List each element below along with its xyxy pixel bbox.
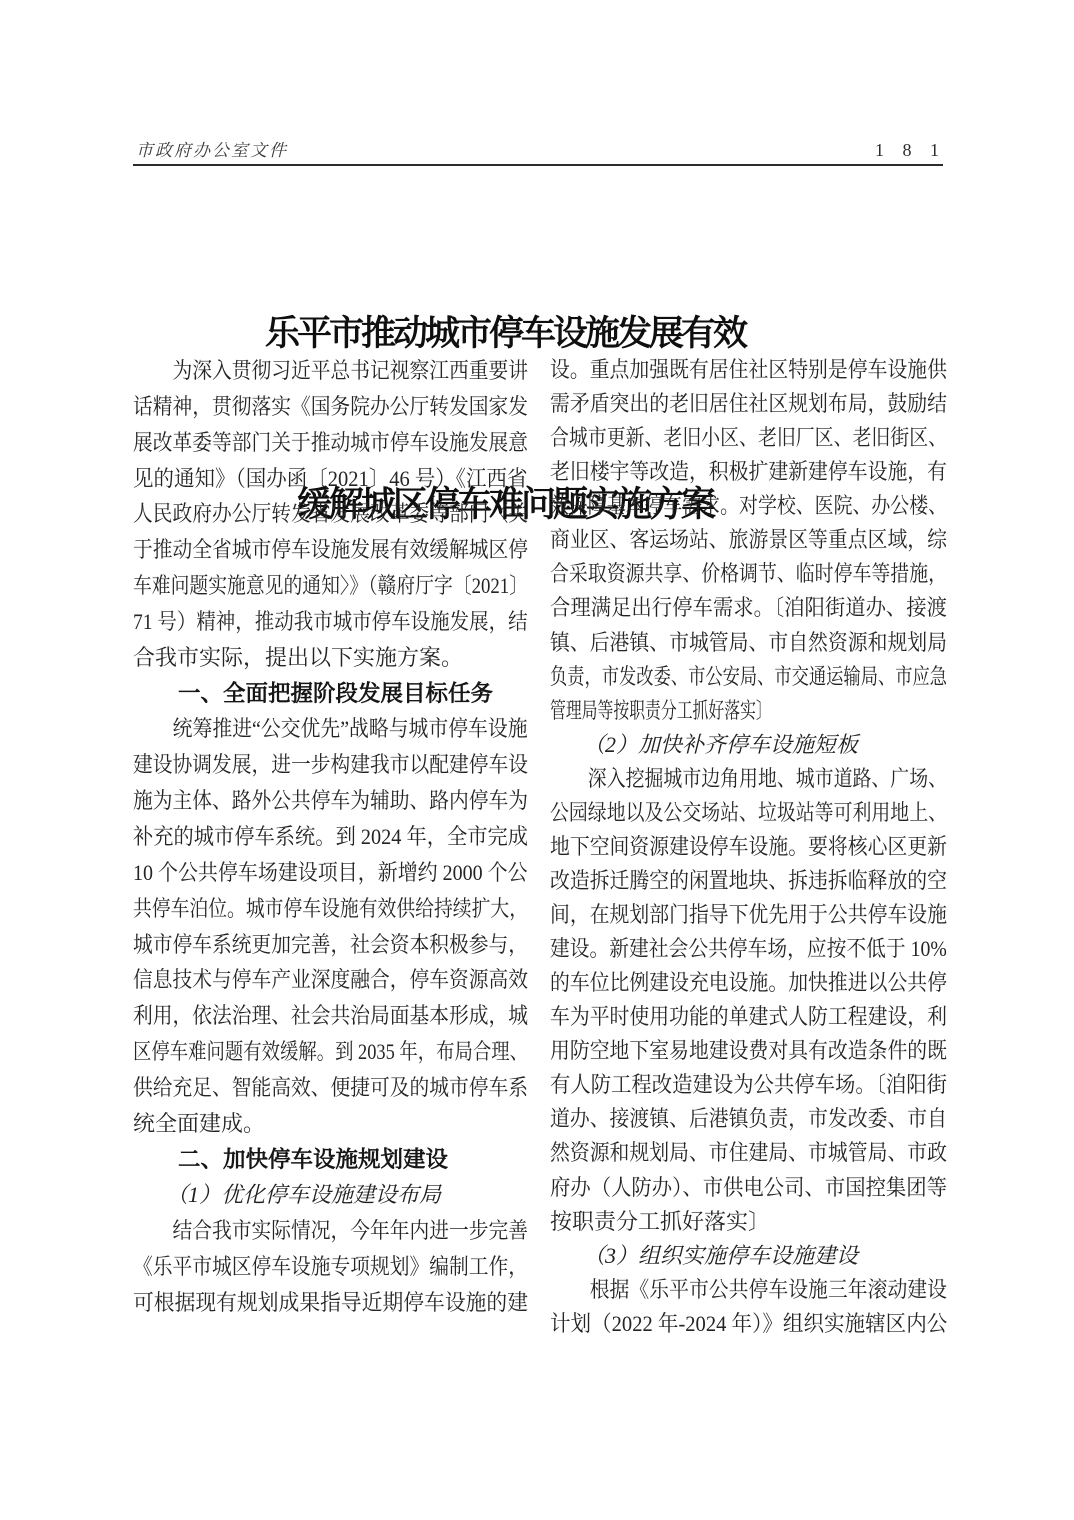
text-line-content: 补充的城市停车系统。到 2024 年，全市完成 bbox=[133, 819, 528, 855]
text-line-content: 信息技术与停车产业深度融合，停车资源高效 bbox=[133, 962, 528, 998]
text-line: 《乐平市城区停车设施专项规划》编制工作， bbox=[133, 1249, 528, 1285]
text-line-content: 负责，市发改委、市公安局、市交通运输局、市应急 bbox=[550, 660, 947, 694]
text-line: 道办、接渡镇、后港镇负责，市发改委、市自 bbox=[550, 1102, 947, 1136]
text-line-content: 设。重点加强既有居住社区特别是停车设施供 bbox=[550, 353, 947, 387]
text-line-content: 合城市更新、老旧小区、老旧厂区、老旧街区、 bbox=[550, 421, 947, 455]
text-line: 话精神，贯彻落实《国务院办公厅转发国家发 bbox=[133, 389, 528, 425]
text-line-content: 《乐平市城区停车设施专项规划》编制工作， bbox=[133, 1249, 528, 1285]
text-line: 地下空间资源建设停车设施。要将核心区更新 bbox=[550, 830, 947, 864]
text-line-content: 一、全面把握阶段发展目标任务 bbox=[133, 676, 493, 712]
text-line: 府办（人防办）、市供电公司、市国控集团等 bbox=[550, 1171, 947, 1205]
text-line-content: （1）优化停车设施建设布局 bbox=[133, 1177, 441, 1213]
text-line-content: 供给充足、智能高效、便捷可及的城市停车系 bbox=[133, 1070, 528, 1106]
text-line-content: 间，在规划部门指导下优先用于公共停车设施 bbox=[550, 898, 947, 932]
text-line: 二、加快停车设施规划建设 bbox=[133, 1142, 528, 1178]
text-line-content: 统筹推进“公交优先”战略与城市停车设施 bbox=[133, 711, 528, 747]
text-line-content: 合采取资源共享、价格调节、临时停车等措施， bbox=[550, 557, 947, 591]
text-line: 可根据现有规划成果指导近期停车设施的建 bbox=[133, 1285, 528, 1321]
text-line: （3）组织实施停车设施建设 bbox=[550, 1239, 947, 1273]
text-line-content: 人民政府办公厅转发省发展改革委等部门〈关 bbox=[133, 496, 528, 532]
text-line: 为深入贯彻习近平总书记视察江西重要讲 bbox=[133, 353, 528, 389]
text-line-content: 共停车泊位。城市停车设施有效供给持续扩大， bbox=[133, 891, 528, 927]
text-line: 镇、后港镇、市城管局、市自然资源和规划局 bbox=[550, 626, 947, 660]
text-line: 车为平时使用功能的单建式人防工程建设，利 bbox=[550, 1000, 947, 1034]
text-line: 负责，市发改委、市公安局、市交通运输局、市应急 bbox=[550, 660, 947, 694]
text-line-content: 道办、接渡镇、后港镇负责，市发改委、市自 bbox=[550, 1102, 947, 1136]
text-line-content: 为深入贯彻习近平总书记视察江西重要讲 bbox=[133, 353, 528, 389]
column-right: 设。重点加强既有居住社区特别是停车设施供需矛盾突出的老旧居住社区规划布局，鼓励结… bbox=[550, 353, 947, 1341]
text-line-content: 深入挖掘城市边角用地、城市道路、广场、 bbox=[550, 762, 947, 796]
text-line: 合采取资源共享、价格调节、临时停车等措施， bbox=[550, 557, 947, 591]
column-left: 为深入贯彻习近平总书记视察江西重要讲话精神，贯彻落实《国务院办公厅转发国家发展改… bbox=[133, 353, 528, 1321]
text-line: 结合我市实际情况，今年年内进一步完善 bbox=[133, 1213, 528, 1249]
text-line: 根据《乐平市公共停车设施三年滚动建设 bbox=[550, 1273, 947, 1307]
header-divider-rule bbox=[133, 164, 943, 166]
text-line-content: 需矛盾突出的老旧居住社区规划布局，鼓励结 bbox=[550, 387, 947, 421]
text-line: 施为主体、路外公共停车为辅助、路内停车为 bbox=[133, 783, 528, 819]
document-page: 市政府办公室文件 1 8 1 乐平市推动城市停车设施发展有效 缓解城区停车难问题… bbox=[0, 0, 1074, 1520]
text-line: 共停车泊位。城市停车设施有效供给持续扩大， bbox=[133, 891, 528, 927]
text-line: 合我市实际，提出以下实施方案。 bbox=[133, 640, 528, 676]
text-line-content: 利用，依法治理、社会共治局面基本形成，城 bbox=[133, 998, 528, 1034]
text-line-content: 车为平时使用功能的单建式人防工程建设，利 bbox=[550, 1000, 947, 1034]
text-line-content: 地下空间资源建设停车设施。要将核心区更新 bbox=[550, 830, 947, 864]
text-line-content: 10 个公共停车场建设项目，新增约 2000 个公 bbox=[133, 855, 528, 891]
text-line: 公园绿地以及公交场站、垃圾站等可利用地上、 bbox=[550, 796, 947, 830]
text-line: 效保障基本停车需求。对学校、医院、办公楼、 bbox=[550, 489, 947, 523]
text-line-content: 根据《乐平市公共停车设施三年滚动建设 bbox=[550, 1273, 947, 1307]
text-line-content: 区停车难问题有效缓解。到 2035 年，布局合理、 bbox=[133, 1034, 528, 1070]
text-line-content: 结合我市实际情况，今年年内进一步完善 bbox=[133, 1213, 528, 1249]
text-line-content: 管理局等按职责分工抓好落实〕 bbox=[550, 694, 772, 728]
text-line-content: 于推动全省城市停车设施发展有效缓解城区停 bbox=[133, 532, 528, 568]
page-number: 1 8 1 bbox=[875, 140, 946, 161]
text-line: 一、全面把握阶段发展目标任务 bbox=[133, 676, 528, 712]
text-line: 利用，依法治理、社会共治局面基本形成，城 bbox=[133, 998, 528, 1034]
text-line: 计划（2022 年-2024 年）》组织实施辖区内公 bbox=[550, 1307, 947, 1341]
text-line: 71 号）精神，推动我市城市停车设施发展，结 bbox=[133, 604, 528, 640]
text-line: 按职责分工抓好落实〕 bbox=[550, 1205, 947, 1239]
text-line-content: 公园绿地以及公交场站、垃圾站等可利用地上、 bbox=[550, 796, 947, 830]
text-line: 人民政府办公厅转发省发展改革委等部门〈关 bbox=[133, 496, 528, 532]
text-line-content: 改造拆迁腾空的闲置地块、拆违拆临释放的空 bbox=[550, 864, 947, 898]
text-line-content: 的车位比例建设充电设施。加快推进以公共停 bbox=[550, 966, 947, 1000]
text-line-content: 统全面建成。 bbox=[133, 1106, 265, 1142]
text-line-content: 建设。新建社会公共停车场，应按不低于 10% bbox=[550, 932, 947, 966]
text-line-content: 然资源和规划局、市住建局、市城管局、市政 bbox=[550, 1136, 947, 1170]
text-line: 有人防工程改造建设为公共停车场。〔洎阳街 bbox=[550, 1068, 947, 1102]
text-line: 补充的城市停车系统。到 2024 年，全市完成 bbox=[133, 819, 528, 855]
text-line-content: 效保障基本停车需求。对学校、医院、办公楼、 bbox=[550, 489, 947, 523]
text-line-content: 计划（2022 年-2024 年）》组织实施辖区内公 bbox=[550, 1307, 947, 1341]
text-line-content: 用防空地下室易地建设费对具有改造条件的既 bbox=[550, 1034, 947, 1068]
text-line: 需矛盾突出的老旧居住社区规划布局，鼓励结 bbox=[550, 387, 947, 421]
text-line: 建设。新建社会公共停车场，应按不低于 10% bbox=[550, 932, 947, 966]
text-line: 管理局等按职责分工抓好落实〕 bbox=[550, 694, 947, 728]
text-line-content: 二、加快停车设施规划建设 bbox=[133, 1142, 448, 1178]
document-header-label: 市政府办公室文件 bbox=[136, 136, 288, 161]
text-line: 深入挖掘城市边角用地、城市道路、广场、 bbox=[550, 762, 947, 796]
text-line-content: 展改革委等部门关于推动城市停车设施发展意 bbox=[133, 425, 528, 461]
text-line-content: 施为主体、路外公共停车为辅助、路内停车为 bbox=[133, 783, 528, 819]
text-line: 用防空地下室易地建设费对具有改造条件的既 bbox=[550, 1034, 947, 1068]
text-line-content: 可根据现有规划成果指导近期停车设施的建 bbox=[133, 1285, 528, 1321]
text-line-content: 按职责分工抓好落实〕 bbox=[550, 1205, 770, 1239]
text-line: 设。重点加强既有居住社区特别是停车设施供 bbox=[550, 353, 947, 387]
text-line: 展改革委等部门关于推动城市停车设施发展意 bbox=[133, 425, 528, 461]
text-line: 城市停车系统更加完善，社会资本积极参与， bbox=[133, 927, 528, 963]
text-line: （1）优化停车设施建设布局 bbox=[133, 1177, 528, 1213]
text-line-content: 府办（人防办）、市供电公司、市国控集团等 bbox=[550, 1171, 947, 1205]
text-line-content: 见的通知》（国办函〔2021〕46 号）《江西省 bbox=[133, 461, 528, 497]
text-line: 改造拆迁腾空的闲置地块、拆违拆临释放的空 bbox=[550, 864, 947, 898]
text-line: 统全面建成。 bbox=[133, 1106, 528, 1142]
text-line-content: 合我市实际，提出以下实施方案。 bbox=[133, 640, 463, 676]
text-line: 供给充足、智能高效、便捷可及的城市停车系 bbox=[133, 1070, 528, 1106]
text-line: 车难问题实施意见的通知〉》（赣府厅字〔2021〕 bbox=[133, 568, 528, 604]
text-line: 见的通知》（国办函〔2021〕46 号）《江西省 bbox=[133, 461, 528, 497]
text-line-content: 车难问题实施意见的通知〉》（赣府厅字〔2021〕 bbox=[133, 568, 528, 604]
text-line-content: 城市停车系统更加完善，社会资本积极参与， bbox=[133, 927, 528, 963]
text-line: 区停车难问题有效缓解。到 2035 年，布局合理、 bbox=[133, 1034, 528, 1070]
text-line-content: 71 号）精神，推动我市城市停车设施发展，结 bbox=[133, 604, 528, 640]
text-line-content: 建设协调发展，进一步构建我市以配建停车设 bbox=[133, 747, 528, 783]
text-line: 间，在规划部门指导下优先用于公共停车设施 bbox=[550, 898, 947, 932]
text-line: 建设协调发展，进一步构建我市以配建停车设 bbox=[133, 747, 528, 783]
text-line: 于推动全省城市停车设施发展有效缓解城区停 bbox=[133, 532, 528, 568]
text-line: 合城市更新、老旧小区、老旧厂区、老旧街区、 bbox=[550, 421, 947, 455]
text-line-content: （3）组织实施停车设施建设 bbox=[550, 1239, 858, 1273]
text-line: 的车位比例建设充电设施。加快推进以公共停 bbox=[550, 966, 947, 1000]
text-line: 然资源和规划局、市住建局、市城管局、市政 bbox=[550, 1136, 947, 1170]
text-line-content: 镇、后港镇、市城管局、市自然资源和规划局 bbox=[550, 626, 947, 660]
text-line: 商业区、客运场站、旅游景区等重点区域，综 bbox=[550, 523, 947, 557]
text-line-content: 话精神，贯彻落实《国务院办公厅转发国家发 bbox=[133, 389, 528, 425]
text-line: 统筹推进“公交优先”战略与城市停车设施 bbox=[133, 711, 528, 747]
text-line: （2）加快补齐停车设施短板 bbox=[550, 728, 947, 762]
text-line-content: 商业区、客运场站、旅游景区等重点区域，综 bbox=[550, 523, 947, 557]
text-line-content: 有人防工程改造建设为公共停车场。〔洎阳街 bbox=[550, 1068, 947, 1102]
text-line: 10 个公共停车场建设项目，新增约 2000 个公 bbox=[133, 855, 528, 891]
text-line-content: （2）加快补齐停车设施短板 bbox=[550, 728, 858, 762]
text-line: 老旧楼宇等改造，积极扩建新建停车设施，有 bbox=[550, 455, 947, 489]
text-line: 合理满足出行停车需求。〔洎阳街道办、接渡 bbox=[550, 591, 947, 625]
text-line-content: 老旧楼宇等改造，积极扩建新建停车设施，有 bbox=[550, 455, 947, 489]
text-line-content: 合理满足出行停车需求。〔洎阳街道办、接渡 bbox=[550, 591, 947, 625]
text-line: 信息技术与停车产业深度融合，停车资源高效 bbox=[133, 962, 528, 998]
